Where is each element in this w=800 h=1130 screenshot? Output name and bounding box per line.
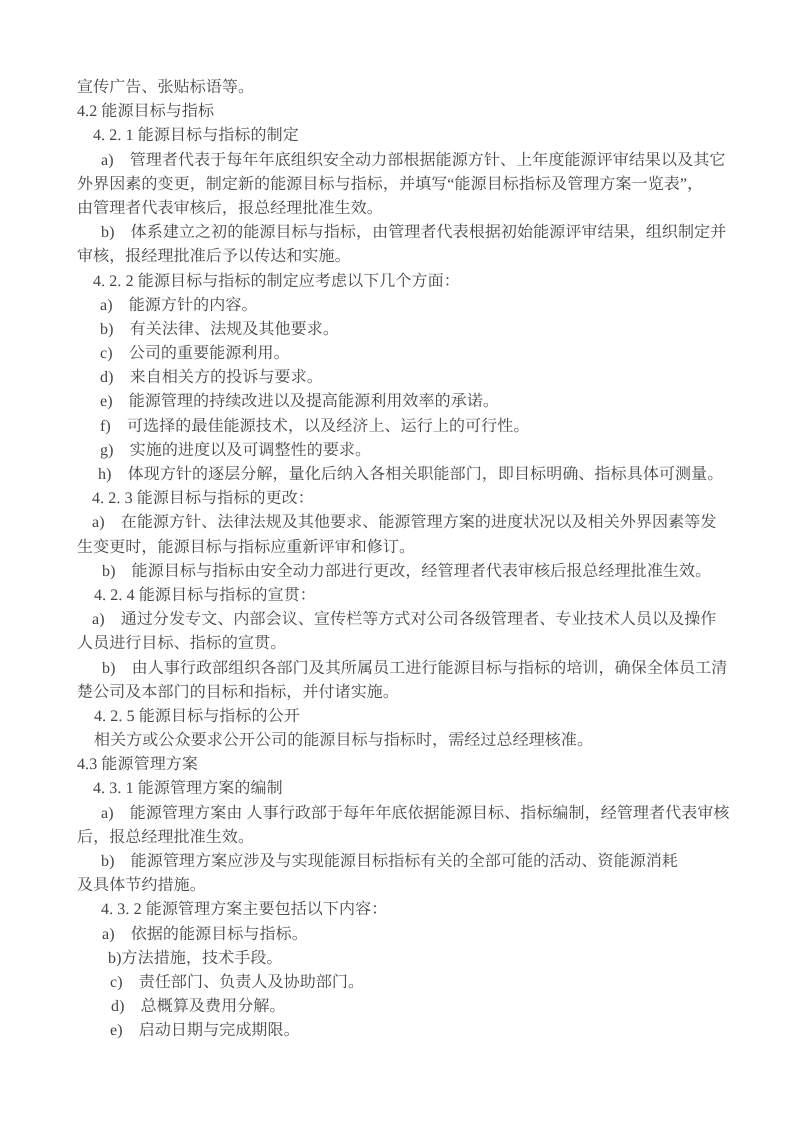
- text-line: b) 能源管理方案应涉及与实现能源目标指标有关的全部可能的活动、资能源消耗: [77, 850, 757, 874]
- text-line: c) 公司的重要能源利用。: [77, 342, 757, 366]
- text-line: b) 由人事行政部组织各部门及其所属员工进行能源目标与指标的培训，确保全体员工清: [77, 657, 757, 681]
- text-line: 4. 2. 4 能源目标与指标的宣贯：: [77, 584, 757, 608]
- text-line: b)方法措施，技术手段。: [77, 947, 757, 971]
- text-line: a) 管理者代表于每年年底组织安全动力部根据能源方针、上年度能源评审结果以及其它: [77, 149, 757, 173]
- text-line: d) 来自相关方的投诉与要求。: [77, 366, 757, 390]
- text-line: 4. 3. 1 能源管理方案的编制: [77, 777, 757, 801]
- text-line: g) 实施的进度以及可调整性的要求。: [77, 439, 757, 463]
- text-line: 由管理者代表审核后，报总经理批准生效。: [77, 197, 757, 221]
- text-line: h) 体现方针的逐层分解，量化后纳入各相关职能部门，即目标明确、指标具体可测量。: [77, 463, 757, 487]
- text-line: a) 通过分发专文、内部会议、宣传栏等方式对公司各级管理者、专业技术人员以及操作: [77, 608, 757, 632]
- text-line: f) 可选择的最佳能源技术，以及经济上、运行上的可行性。: [77, 415, 757, 439]
- text-line: a) 在能源方针、法律法规及其他要求、能源管理方案的进度状况以及相关外界因素等发: [77, 511, 757, 535]
- text-line: 外界因素的变更，制定新的能源目标与指标，并填写“能源目标指标及管理方案一览表”，: [77, 173, 757, 197]
- text-line: 4. 2. 2 能源目标与指标的制定应考虑以下几个方面：: [77, 270, 757, 294]
- text-line: c) 责任部门、负责人及协助部门。: [77, 971, 757, 995]
- text-line: a) 依据的能源目标与指标。: [77, 923, 757, 947]
- text-line: 生变更时，能源目标与指标应重新评审和修订。: [77, 536, 757, 560]
- text-line: 4. 3. 2 能源管理方案主要包括以下内容：: [77, 898, 757, 922]
- text-line: 4.3 能源管理方案: [77, 753, 757, 777]
- text-line: 4. 2. 1 能源目标与指标的制定: [77, 124, 757, 148]
- text-line: 4. 2. 5 能源目标与指标的公开: [77, 705, 757, 729]
- text-line: 后，报总经理批准生效。: [77, 826, 757, 850]
- text-line: 楚公司及本部门的目标和指标，并付诸实施。: [77, 681, 757, 705]
- text-line: a) 能源管理方案由 人事行政部于每年年底依据能源目标、指标编制，经管理者代表审…: [77, 802, 757, 826]
- text-line: 及具体节约措施。: [77, 874, 757, 898]
- text-line: b) 体系建立之初的能源目标与指标，由管理者代表根据初始能源评审结果，组织制定并: [77, 221, 757, 245]
- text-line: 4. 2. 3 能源目标与指标的更改：: [77, 487, 757, 511]
- document-body: 宣传广告、张贴标语等。4.2 能源目标与指标4. 2. 1 能源目标与指标的制定…: [77, 76, 757, 1044]
- document-page: 宣传广告、张贴标语等。4.2 能源目标与指标4. 2. 1 能源目标与指标的制定…: [0, 0, 800, 1130]
- text-line: e) 启动日期与完成期限。: [77, 1019, 757, 1043]
- text-line: 相关方或公众要求公开公司的能源目标与指标时，需经过总经理核准。: [77, 729, 757, 753]
- text-line: d) 总概算及费用分解。: [77, 995, 757, 1019]
- text-line: a) 能源方针的内容。: [77, 294, 757, 318]
- text-line: 4.2 能源目标与指标: [77, 100, 757, 124]
- text-line: 宣传广告、张贴标语等。: [77, 76, 757, 100]
- text-line: 人员进行目标、指标的宣贯。: [77, 632, 757, 656]
- text-line: b) 有关法律、法规及其他要求。: [77, 318, 757, 342]
- text-line: e) 能源管理的持续改进以及提高能源利用效率的承诺。: [77, 390, 757, 414]
- text-line: b) 能源目标与指标由安全动力部进行更改，经管理者代表审核后报总经理批准生效。: [77, 560, 757, 584]
- text-line: 审核，报经理批准后予以传达和实施。: [77, 245, 757, 269]
